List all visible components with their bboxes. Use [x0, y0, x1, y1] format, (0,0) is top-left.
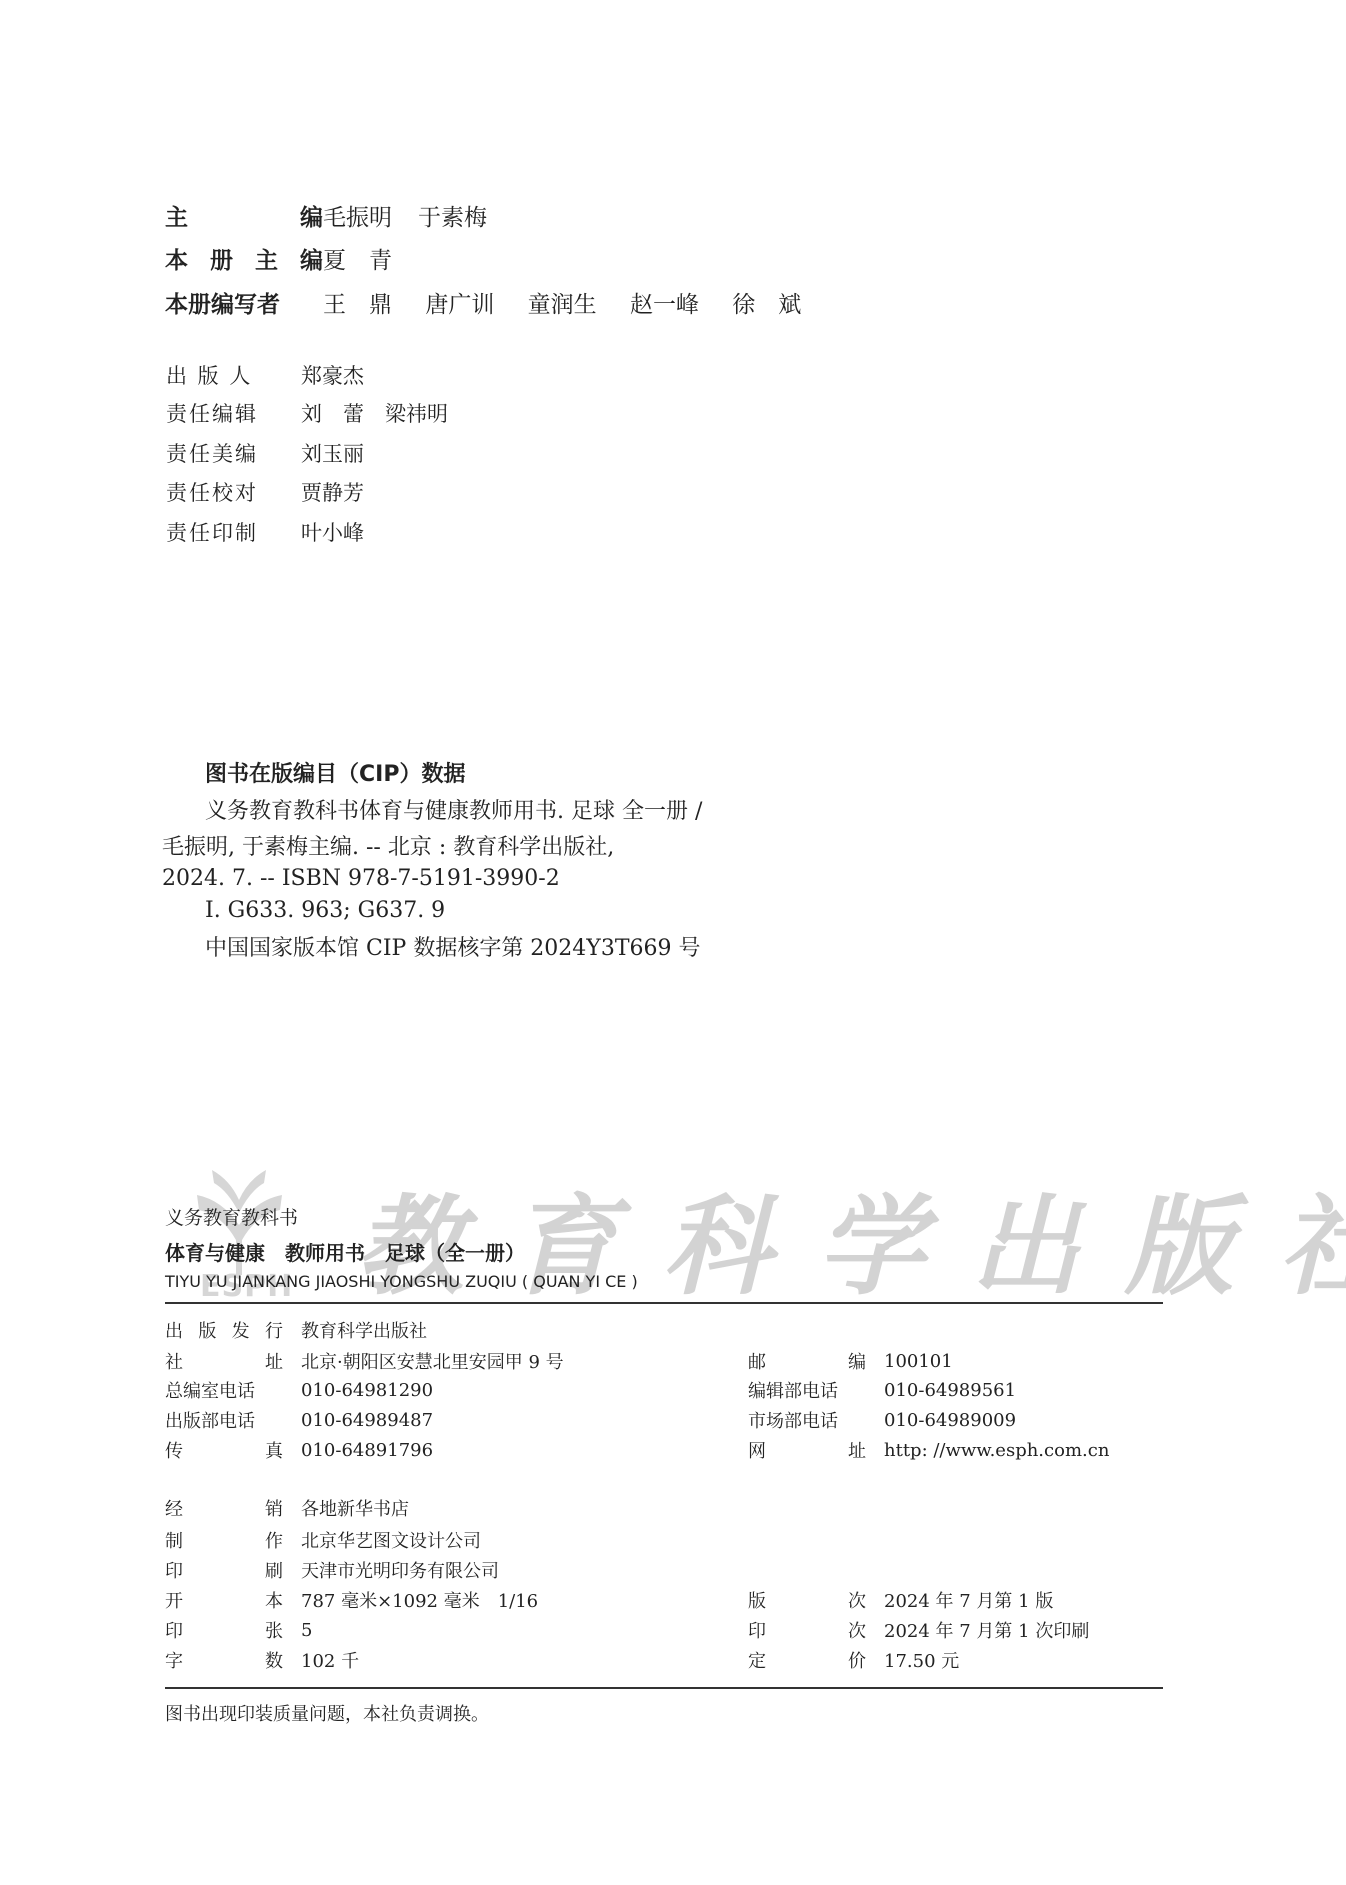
staff-row: 责任美编刘玉丽 — [166, 439, 364, 467]
info-row: 印张5 — [165, 1617, 312, 1643]
book-series: 义务教育教科书 — [165, 1203, 298, 1230]
cip-line: 2024. 7. -- ISBN 978-7-5191-3990-2 — [162, 866, 560, 891]
credit-name: 王 鼎 — [323, 292, 392, 318]
cip-line: 中国国家版本馆 CIP 数据核字第 2024Y3T669 号 — [205, 931, 700, 962]
info-row: 开本787 毫米×1092 毫米 1/16 — [165, 1587, 538, 1613]
cip-line: 义务教育教科书体育与健康教师用书. 足球 全一册 / — [205, 794, 702, 825]
info-row: 版次2024 年 7 月第 1 版 — [748, 1587, 1053, 1613]
credit-name: 毛振明 — [323, 205, 392, 231]
info-row: 经销各地新华书店 — [165, 1495, 409, 1521]
info-row: 编辑部电话010-64989561 — [748, 1377, 1016, 1403]
info-row: 制作北京华艺图文设计公司 — [165, 1527, 481, 1553]
staff-row: 出 版 人郑豪杰 — [166, 361, 364, 389]
info-row: 定价17.50 元 — [748, 1647, 959, 1673]
info-row: 总编室电话010-64981290 — [165, 1377, 433, 1403]
divider — [165, 1687, 1163, 1689]
book-pinyin: TIYU YU JIANKANG JIAOSHI YONGSHU ZUQIU (… — [165, 1272, 638, 1291]
info-row: 出版发行教育科学出版社 — [165, 1317, 427, 1343]
info-row: 市场部电话010-64989009 — [748, 1407, 1016, 1433]
credit-name: 于素梅 — [418, 205, 487, 231]
credit-label: 本册编写者 — [165, 286, 323, 319]
info-row: 字数102 千 — [165, 1647, 359, 1673]
credit-name: 赵一峰 — [630, 292, 699, 318]
credit-label: 主编 — [165, 199, 323, 232]
credit-label: 本册主编 — [165, 242, 323, 275]
credit-name: 唐广训 — [425, 292, 494, 318]
cip-line: Ⅰ. G633. 963; G637. 9 — [205, 898, 445, 923]
quality-notice: 图书出现印装质量问题，本社负责调换。 — [165, 1700, 489, 1726]
staff-row: 责任校对贾静芳 — [166, 478, 364, 506]
cip-title: 图书在版编目（CIP）数据 — [205, 757, 465, 788]
volume-editor-row: 本册主编 夏 青 — [165, 243, 418, 273]
staff-row: 责任印制叶小峰 — [166, 518, 364, 546]
writers-row: 本册编写者 王 鼎 唐广训 童润生 赵一峰 徐 斌 — [165, 287, 827, 317]
cip-line: 毛振明, 于素梅主编. -- 北京 : 教育科学出版社, — [162, 830, 614, 861]
credit-name: 童润生 — [528, 292, 597, 318]
info-row: 社址北京·朝阳区安慧北里安园甲 9 号 — [165, 1348, 564, 1374]
info-row: 印刷天津市光明印务有限公司 — [165, 1557, 499, 1583]
info-row: 印次2024 年 7 月第 1 次印刷 — [748, 1617, 1089, 1643]
staff-row: 责任编辑刘 蕾 梁祎明 — [166, 399, 448, 427]
info-row: 网址http: //www.esph.com.cn — [748, 1437, 1109, 1463]
info-row: 出版部电话010-64989487 — [165, 1407, 433, 1433]
info-row: 传真010-64891796 — [165, 1437, 433, 1463]
credit-name: 夏 青 — [323, 248, 392, 274]
chief-editor-row: 主编 毛振明于素梅 — [165, 200, 513, 230]
divider — [165, 1302, 1163, 1304]
info-row: 邮编100101 — [748, 1348, 953, 1374]
website-link: http: //www.esph.com.cn — [884, 1440, 1109, 1461]
book-title: 体育与健康 教师用书 足球（全一册） — [165, 1237, 525, 1266]
credit-name: 徐 斌 — [732, 292, 801, 318]
